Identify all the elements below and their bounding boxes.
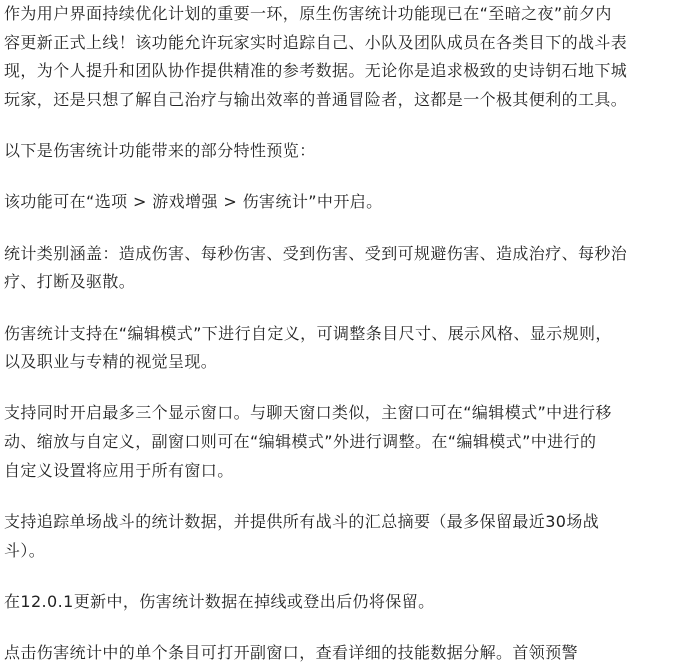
- tracking-paragraph: 支持追踪单场战斗的统计数据，并提供所有战斗的汇总摘要（最多保留最近30场战 斗）…: [4, 508, 696, 565]
- text-line: 自定义设置将应用于所有窗口。: [4, 457, 696, 486]
- text-line: 动、缩放与自定义，副窗口则可在“编辑模式”外进行调整。在“编辑模式”中进行的: [4, 428, 696, 457]
- article-body: 作为用户界面持续优化计划的重要一环，原生伤害统计功能现已在“至暗之夜”前夕内 容…: [0, 0, 696, 664]
- breakdown-paragraph: 点击伤害统计中的单个条目可打开副窗口，查看详细的技能数据分解。首领预警: [4, 639, 696, 664]
- text-line: 容更新正式上线！该功能允许玩家实时追踪自己、小队及团队成员在各类目下的战斗表: [4, 29, 696, 58]
- text-line: 斗）。: [4, 537, 696, 566]
- text-line: 现，为个人提升和团队协作提供精准的参考数据。无论你是追求极致的史诗钥石地下城: [4, 57, 696, 86]
- text-line: 支持同时开启最多三个显示窗口。与聊天窗口类似，主窗口可在“编辑模式”中进行移: [4, 399, 696, 428]
- text-line: 点击伤害统计中的单个条目可打开副窗口，查看详细的技能数据分解。首领预警: [4, 639, 696, 664]
- intro-paragraph: 作为用户界面持续优化计划的重要一环，原生伤害统计功能现已在“至暗之夜”前夕内 容…: [4, 0, 696, 115]
- features-intro-paragraph: 以下是伤害统计功能带来的部分特性预览：: [4, 137, 696, 166]
- categories-paragraph: 统计类别涵盖：造成伤害、每秒伤害、受到伤害、受到可规避伤害、造成治疗、每秒治 疗…: [4, 240, 696, 297]
- text-line: 该功能可在“选项 > 游戏增强 > 伤害统计”中开启。: [4, 188, 696, 217]
- persistence-paragraph: 在12.0.1更新中，伤害统计数据在掉线或登出后仍将保留。: [4, 588, 696, 617]
- text-line: 以及职业与专精的视觉呈现。: [4, 348, 696, 377]
- text-line: 在12.0.1更新中，伤害统计数据在掉线或登出后仍将保留。: [4, 588, 696, 617]
- text-line: 疗、打断及驱散。: [4, 268, 696, 297]
- edit-mode-paragraph: 伤害统计支持在“编辑模式”下进行自定义，可调整条目尺寸、展示风格、显示规则， 以…: [4, 320, 696, 377]
- enable-location-paragraph: 该功能可在“选项 > 游戏增强 > 伤害统计”中开启。: [4, 188, 696, 217]
- windows-paragraph: 支持同时开启最多三个显示窗口。与聊天窗口类似，主窗口可在“编辑模式”中进行移 动…: [4, 399, 696, 485]
- text-line: 伤害统计支持在“编辑模式”下进行自定义，可调整条目尺寸、展示风格、显示规则，: [4, 320, 696, 349]
- text-line: 统计类别涵盖：造成伤害、每秒伤害、受到伤害、受到可规避伤害、造成治疗、每秒治: [4, 240, 696, 269]
- text-line: 作为用户界面持续优化计划的重要一环，原生伤害统计功能现已在“至暗之夜”前夕内: [4, 0, 696, 29]
- text-line: 玩家，还是只想了解自己治疗与输出效率的普通冒险者，这都是一个极其便利的工具。: [4, 86, 696, 115]
- text-line: 支持追踪单场战斗的统计数据，并提供所有战斗的汇总摘要（最多保留最近30场战: [4, 508, 696, 537]
- text-line: 以下是伤害统计功能带来的部分特性预览：: [4, 137, 696, 166]
